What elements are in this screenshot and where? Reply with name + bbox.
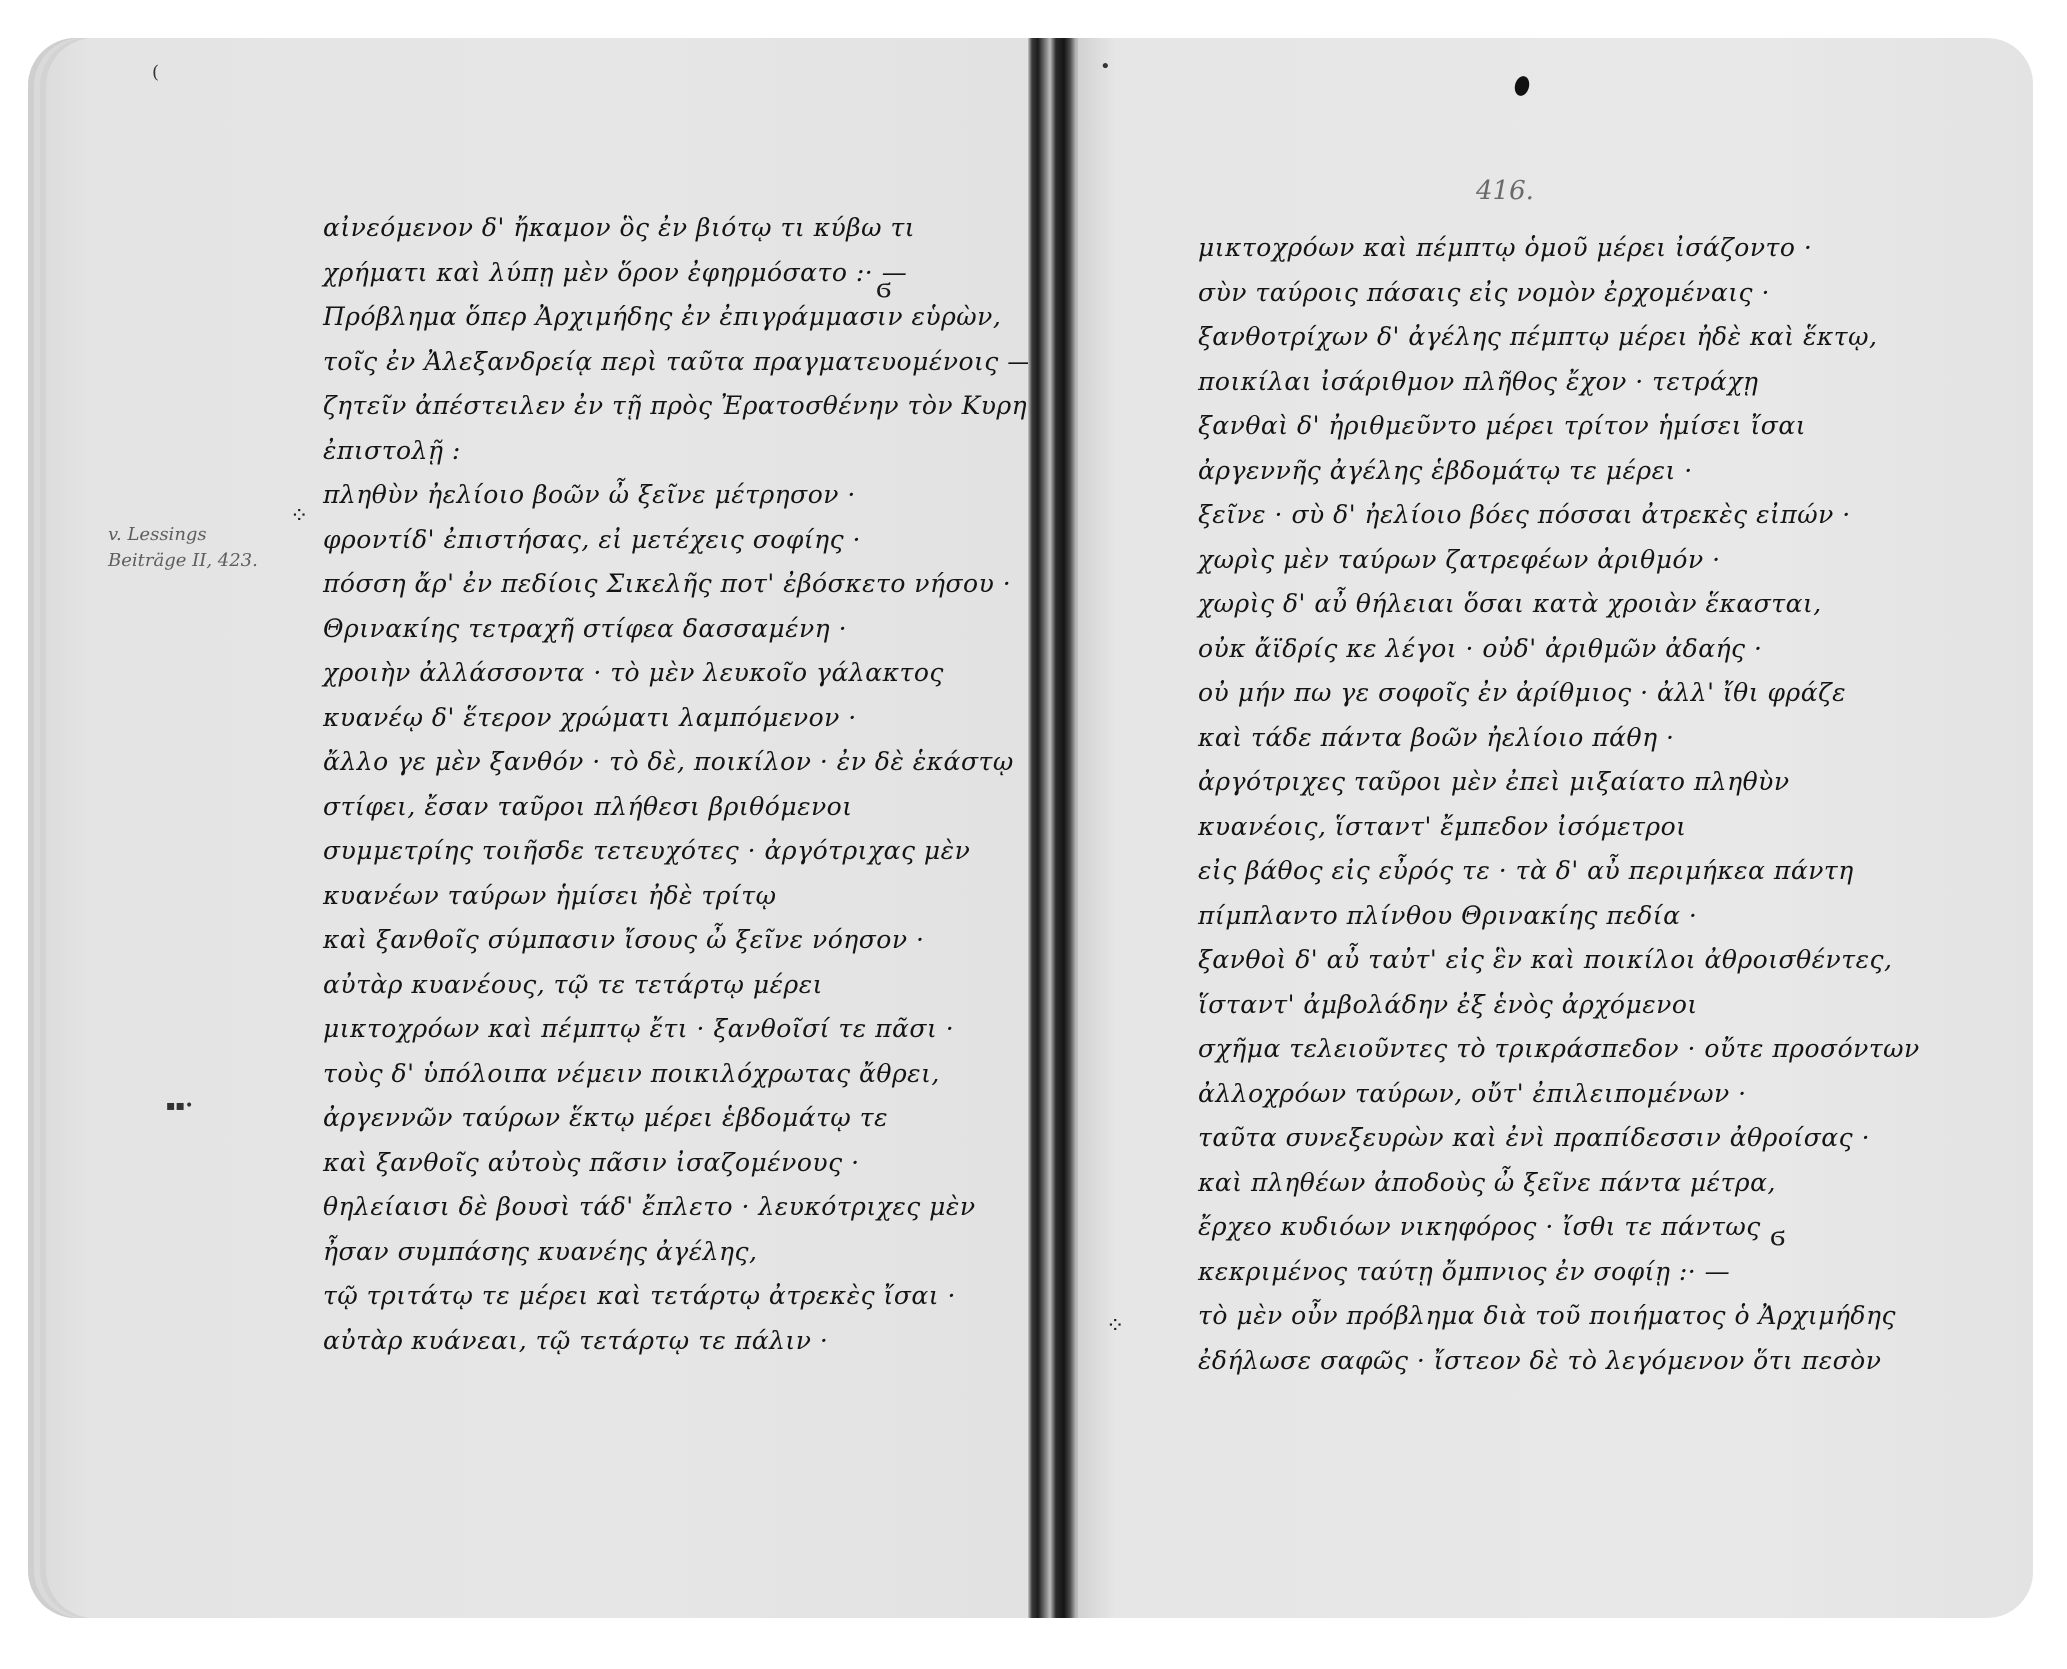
stray-mark: ▪▪• xyxy=(166,1098,193,1114)
text-line: ἄλλο γε μὲν ξανθόν · τὸ δὲ, ποικίλον · ἐ… xyxy=(323,740,1102,785)
text-line: ξανθοὶ δ' αὖ ταὐτ' εἰς ἓν καὶ ποικίλοι ἀ… xyxy=(1198,938,1920,983)
text-line: καὶ ξανθοῖς αὐτοὺς πᾶσιν ἰσαζομένους · xyxy=(323,1141,1102,1186)
margin-note-line-1: v. Lessings xyxy=(108,522,258,548)
text-line: χρήματι καὶ λύπῃ μὲν ὅρον ἐφηρμόσατο :· … xyxy=(323,251,1102,296)
text-line: τῷ τριτάτῳ τε μέρει καὶ τετάρτῳ ἀτρεκὲς … xyxy=(323,1274,1102,1319)
text-line: καὶ ξανθοῖς σύμπασιν ἴσους ὦ ξεῖνε νόησο… xyxy=(323,918,1102,963)
text-line: φροντίδ' ἐπιστήσας, εἰ μετέχεις σοφίης · xyxy=(323,518,1102,563)
text-line: τοῖς ἐν Ἀλεξανδρείᾳ περὶ ταῦτα πραγματευ… xyxy=(323,340,1102,385)
stray-mark: ( xyxy=(152,62,159,83)
book-spread: v. Lessings Beiträge II, 423. ( ▪▪• ⁘ ϭ … xyxy=(28,38,2040,1618)
text-line: Πρόβλημα ὅπερ Ἀρχιμήδης ἐν ἐπιγράμμασιν … xyxy=(323,295,1102,340)
text-line: αὐτὰρ κυάνεαι, τῷ τετάρτῳ τε πάλιν · xyxy=(323,1319,1102,1364)
text-line: σὺν ταύροις πάσαις εἰς νομὸν ἐρχομέναις … xyxy=(1198,271,1920,316)
text-line: αὐτὰρ κυανέους, τῷ τε τετάρτῳ μέρει xyxy=(323,963,1102,1008)
text-line: μικτοχρόων καὶ πέμπτῳ ὁμοῦ μέρει ἰσάζοντ… xyxy=(1198,226,1920,271)
text-line: αἰνεόμενον δ' ἤκαμον ὃς ἐν βιότῳ τι κύβω… xyxy=(323,206,1102,251)
section-marker-icon: ⁘ xyxy=(290,504,308,529)
text-line: πίμπλαντο πλίνθου Θρινακίης πεδία · xyxy=(1198,894,1920,939)
text-line: οὐ μήν πω γε σοφοῖς ἐν ἀρίθμιος · ἀλλ' ἴ… xyxy=(1198,671,1920,716)
text-line: χωρὶς μὲν ταύρων ζατρεφέων ἀριθμόν · xyxy=(1198,538,1920,583)
stray-mark: • xyxy=(1100,56,1111,77)
text-line: ξανθαὶ δ' ἠριθμεῦντο μέρει τρίτον ἡμίσει… xyxy=(1198,404,1920,449)
section-marker-icon: ⁘ xyxy=(1106,1314,1124,1339)
text-line: Θρινακίης τετραχῆ στίφεα δασσαμένη · xyxy=(323,607,1102,652)
text-line: ἐπιστολῇ : xyxy=(323,429,1102,474)
text-line: ζητεῖν ἀπέστειλεν ἐν τῇ πρὸς Ἐρατοσθένην… xyxy=(323,384,1102,429)
text-line: ἵσταντ' ἀμβολάδην ἐξ ἑνὸς ἀρχόμενοι xyxy=(1198,983,1920,1028)
text-line: ἀργότριχες ταῦροι μὲν ἐπεὶ μιξαίατο πληθ… xyxy=(1198,760,1920,805)
text-line: καὶ πληθέων ἀποδοὺς ὦ ξεῖνε πάντα μέτρα, xyxy=(1198,1161,1920,1206)
text-line: οὐκ ἄϊδρίς κε λέγοι · οὐδ' ἀριθμῶν ἀδαής… xyxy=(1198,627,1920,672)
text-line: συμμετρίης τοιῆσδε τετευχότες · ἀργότριχ… xyxy=(323,829,1102,874)
text-line: ἦσαν συμπάσης κυανέης ἀγέλης, xyxy=(323,1230,1102,1275)
text-line: ἀργεννῆς ἀγέλης ἑβδομάτῳ τε μέρει · xyxy=(1198,449,1920,494)
margin-note: v. Lessings Beiträge II, 423. xyxy=(108,522,258,574)
text-line: καὶ τάδε πάντα βοῶν ἠελίοιο πάθη · xyxy=(1198,716,1920,761)
text-line: ἐδήλωσε σαφῶς · ἴστεον δὲ τὸ λεγόμενον ὅ… xyxy=(1198,1339,1920,1384)
text-line: εἰς βάθος εἰς εὖρός τε · τὰ δ' αὖ περιμή… xyxy=(1198,849,1920,894)
text-line: χροιὴν ἀλλάσσοντα · τὸ μὲν λευκοῖο γάλακ… xyxy=(323,651,1102,696)
text-line: σχῆμα τελειοῦντες τὸ τρικράσπεδον · οὔτε… xyxy=(1198,1027,1920,1072)
text-line: μικτοχρόων καὶ πέμπτῳ ἔτι · ξανθοῖσί τε … xyxy=(323,1007,1102,1052)
ink-blot xyxy=(1513,75,1532,98)
book-gutter xyxy=(1028,38,1078,1618)
text-line: κυανέῳ δ' ἕτερον χρώματι λαμπόμενον · xyxy=(323,696,1102,741)
text-line: ἀλλοχρόων ταύρων, οὔτ' ἐπιλειπομένων · xyxy=(1198,1072,1920,1117)
text-line: θηλείαισι δὲ βουσὶ τάδ' ἔπλετο · λευκότρ… xyxy=(323,1185,1102,1230)
text-line: στίφει, ἔσαν ταῦροι πλήθεσι βριθόμενοι xyxy=(323,785,1102,830)
margin-note-line-2: Beiträge II, 423. xyxy=(108,548,258,574)
text-line: ξεῖνε · σὺ δ' ἠελίοιο βόες πόσσαι ἀτρεκὲ… xyxy=(1198,493,1920,538)
text-line: ποικίλαι ἰσάριθμον πλῆθος ἔχον · τετράχῃ xyxy=(1198,360,1920,405)
text-line: κυανέοις, ἵσταντ' ἔμπεδον ἰσόμετροι xyxy=(1198,805,1920,850)
right-page-text: μικτοχρόων καὶ πέμπτῳ ὁμοῦ μέρει ἰσάζοντ… xyxy=(1198,226,1920,1383)
text-line: ἀργεννῶν ταύρων ἕκτῳ μέρει ἑβδομάτῳ τε xyxy=(323,1096,1102,1141)
text-line: τὸ μὲν οὖν πρόβλημα διὰ τοῦ ποιήματος ὁ … xyxy=(1198,1294,1920,1339)
left-page: v. Lessings Beiträge II, 423. ( ▪▪• ⁘ ϭ … xyxy=(28,38,1028,1618)
text-line: κυανέων ταύρων ἡμίσει ἠδὲ τρίτῳ xyxy=(323,874,1102,919)
text-line: τοὺς δ' ὑπόλοιπα νέμειν ποικιλόχρωτας ἄθ… xyxy=(323,1052,1102,1097)
text-line: ξανθοτρίχων δ' ἀγέλης πέμπτῳ μέρει ἠδὲ κ… xyxy=(1198,315,1920,360)
text-line: πόσση ἄρ' ἐν πεδίοις Σικελῆς ποτ' ἐβόσκε… xyxy=(323,562,1102,607)
right-page: 416. • ⁘ ϭ μικτοχρόων καὶ πέμπτῳ ὁμοῦ μέ… xyxy=(1078,38,2033,1618)
text-line: χωρὶς δ' αὖ θήλειαι ὅσαι κατὰ χροιὰν ἕκα… xyxy=(1198,582,1920,627)
text-line: πληθὺν ἠελίοιο βοῶν ὦ ξεῖνε μέτρησον · xyxy=(323,473,1102,518)
text-line: ἔρχεο κυδιόων νικηφόρος · ἴσθι τε πάντως xyxy=(1198,1205,1920,1250)
text-line: ταῦτα συνεξευρὼν καὶ ἐνὶ πραπίδεσσιν ἀθρ… xyxy=(1198,1116,1920,1161)
folio-number: 416. xyxy=(1476,176,1534,206)
text-line: κεκριμένος ταύτῃ ὄμπνιος ἐν σοφίῃ :· — xyxy=(1198,1250,1920,1295)
left-page-text: αἰνεόμενον δ' ἤκαμον ὃς ἐν βιότῳ τι κύβω… xyxy=(323,206,1102,1363)
